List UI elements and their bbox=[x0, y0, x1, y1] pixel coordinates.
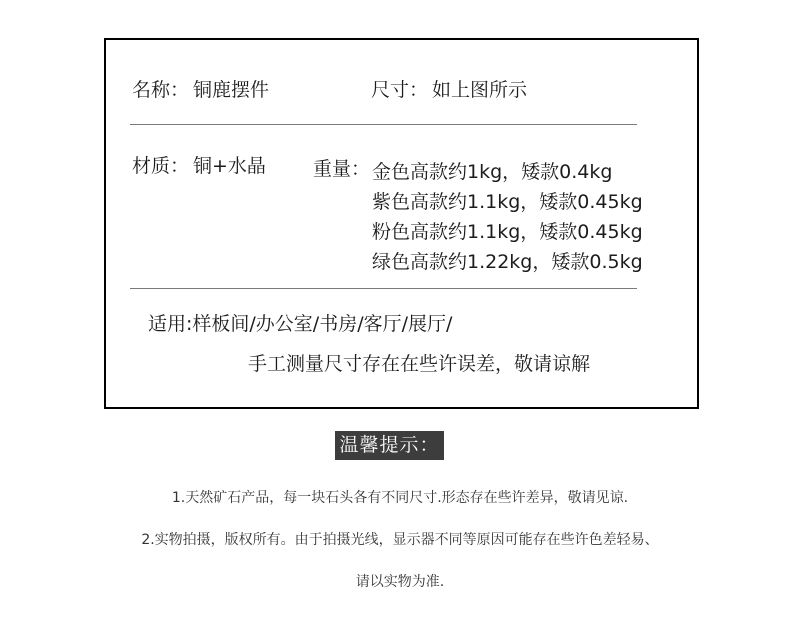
size-value: 如上图所示 bbox=[432, 79, 527, 101]
divider-top bbox=[130, 124, 637, 125]
divider-bottom bbox=[130, 288, 637, 289]
weight-label: 重量： bbox=[313, 158, 370, 180]
material-label: 材质： bbox=[132, 155, 189, 177]
name-label: 名称： bbox=[132, 79, 189, 101]
tips-title-badge: 温馨提示： bbox=[335, 431, 444, 460]
material-value: 铜+水晶 bbox=[193, 155, 266, 177]
size-label: 尺寸： bbox=[371, 79, 428, 101]
weight-green: 绿色高款约1.22kg，矮款0.5kg bbox=[372, 247, 643, 277]
weight-purple: 紫色高款约1.1kg，矮款0.45kg bbox=[372, 187, 643, 217]
usage-text: 适用:样板间/办公室/书房/客厅/展厅/ bbox=[148, 313, 452, 335]
tip-note-1: 1.天然矿石产品，每一块石头各有不同尺寸.形态存在些许差异，敬请见谅. bbox=[0, 487, 800, 507]
weight-list: 金色高款约1kg，矮款0.4kg 紫色高款约1.1kg，矮款0.45kg 粉色高… bbox=[372, 157, 643, 277]
name-value: 铜鹿摆件 bbox=[193, 79, 269, 101]
tip-note-2: 2.实物拍摄，版权所有。由于拍摄光线，显示器不同等原因可能存在些许色差轻易、 bbox=[0, 529, 800, 549]
tip-note-3: 请以实物为准. bbox=[0, 571, 800, 591]
weight-pink: 粉色高款约1.1kg，矮款0.45kg bbox=[372, 217, 643, 247]
measure-note: 手工测量尺寸存在在些许误差，敬请谅解 bbox=[248, 353, 590, 375]
weight-gold: 金色高款约1kg，矮款0.4kg bbox=[372, 157, 643, 187]
